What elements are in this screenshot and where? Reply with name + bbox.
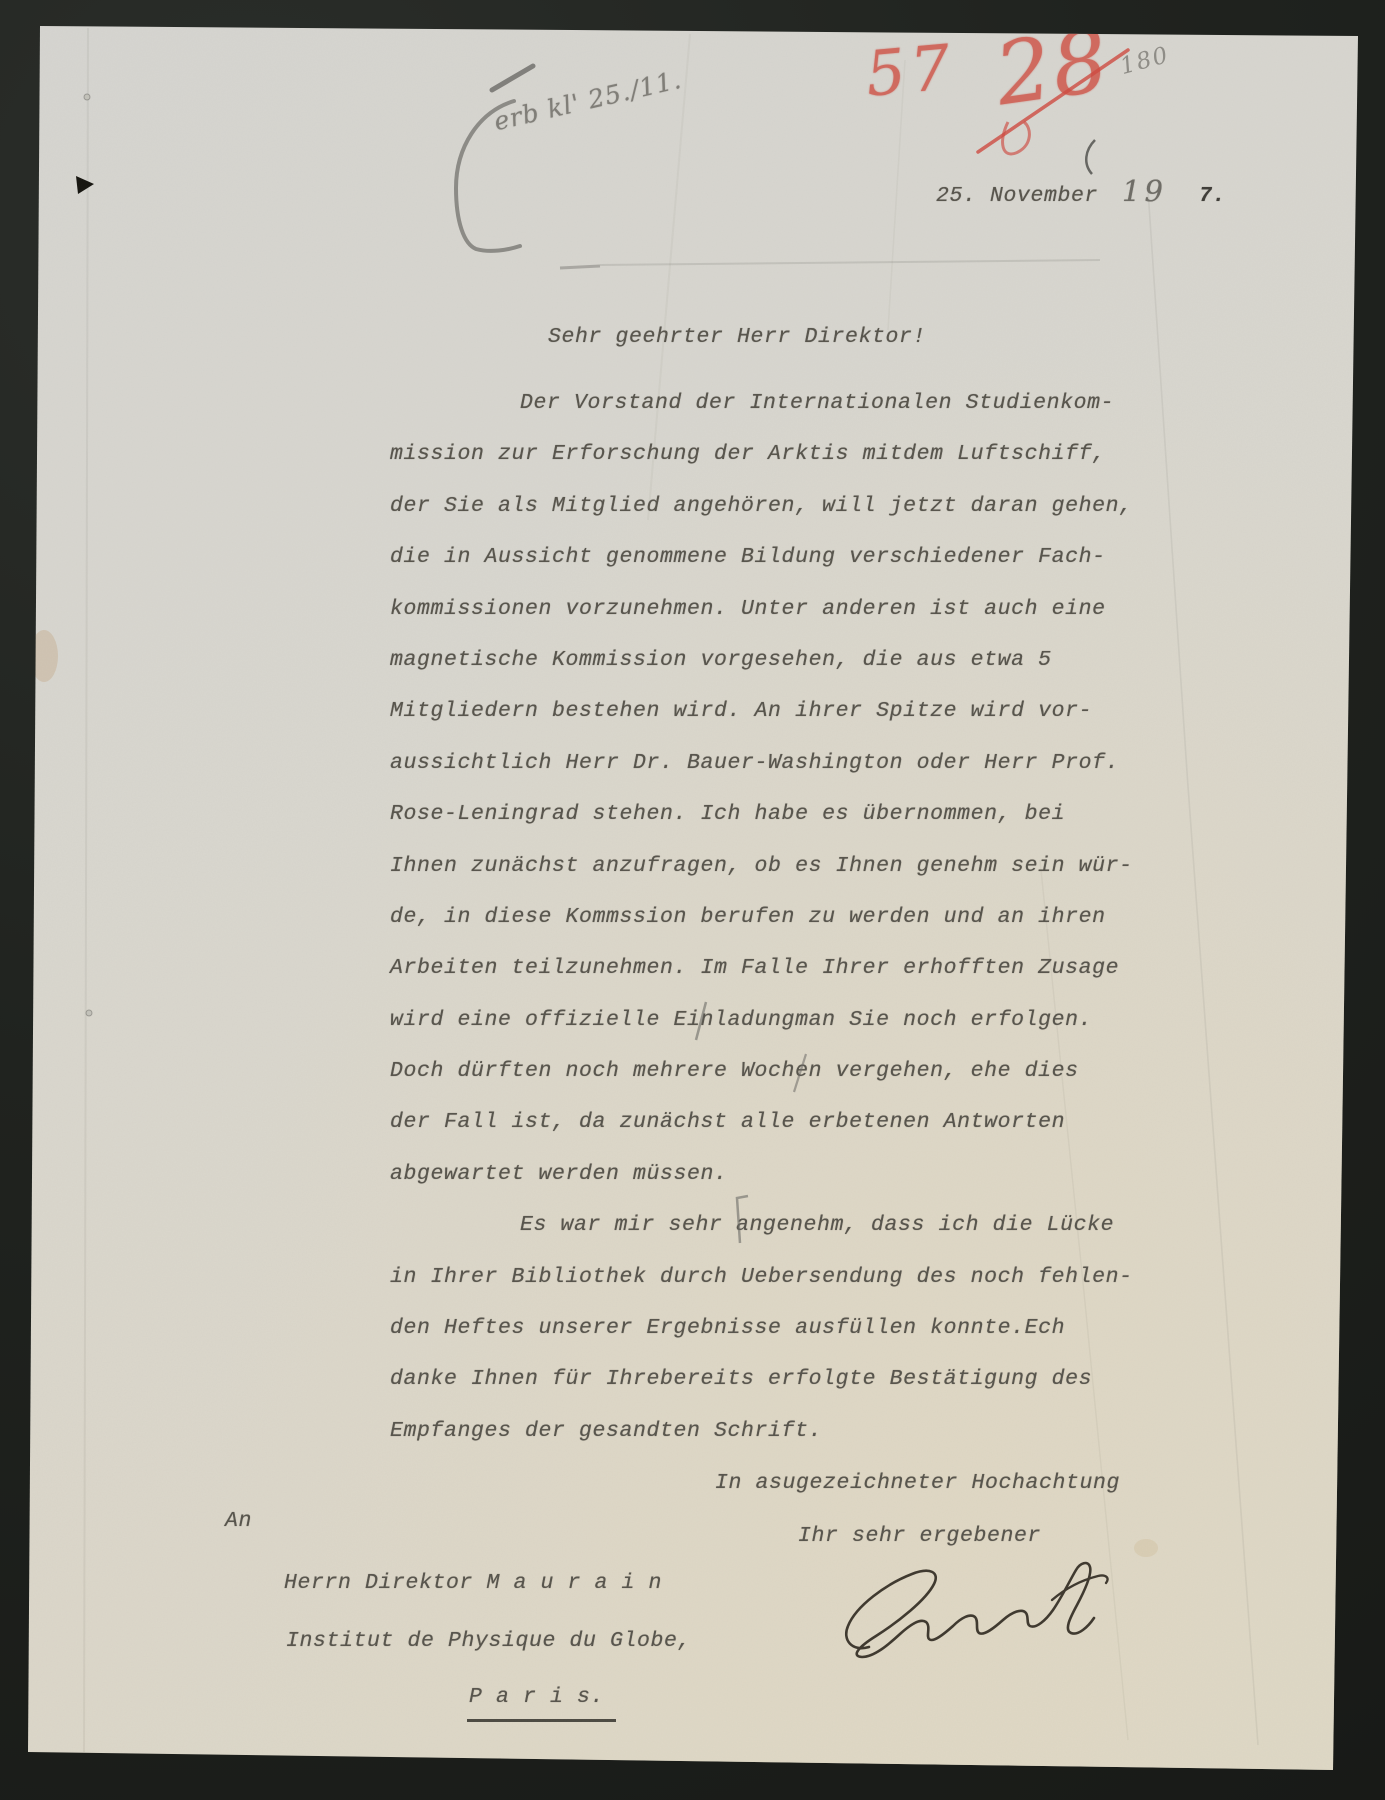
typed-line: Ihnen zunächst anzufragen, ob es Ihnen g… bbox=[390, 841, 1133, 892]
recipient-name: Herrn Direktor M a u r a i n bbox=[284, 1568, 662, 1598]
closing-sender: Ihr sehr ergebener bbox=[798, 1521, 1041, 1551]
typed-line: magnetische Kommission vorgesehen, die a… bbox=[390, 635, 1133, 686]
typed-line: wird eine offizielle Einladungman Sie no… bbox=[390, 995, 1133, 1046]
typed-line: abgewartet werden müssen. bbox=[390, 1149, 1133, 1200]
recipient-an: An bbox=[225, 1506, 252, 1536]
pencil-registry-note: erb kl' 25./11. bbox=[491, 65, 684, 136]
red-crayon-number: 57 bbox=[863, 30, 958, 110]
fold-line-left bbox=[84, 28, 88, 1752]
typed-line: de, in diese Kommssion berufen zu werden… bbox=[390, 892, 1133, 943]
date-typed: 25. November bbox=[936, 184, 1098, 208]
edge-mark-triangle bbox=[76, 176, 94, 194]
typed-line: mission zur Erforschung der Arktis mitde… bbox=[390, 429, 1133, 480]
typed-line: in Ihrer Bibliothek durch Uebersendung d… bbox=[390, 1252, 1133, 1303]
typed-line: der Fall ist, da zunächst alle erbetenen… bbox=[390, 1097, 1133, 1148]
typed-line: Es war mir sehr angenehm, dass ich die L… bbox=[390, 1200, 1133, 1251]
typed-line: Der Vorstand der Internationalen Studien… bbox=[390, 378, 1133, 429]
typed-line: Mitgliedern bestehen wird. An ihrer Spit… bbox=[390, 686, 1133, 737]
pencil-page-number: 180 bbox=[1117, 42, 1172, 80]
typed-line: Empfanges der gesandten Schrift. bbox=[390, 1406, 1133, 1457]
date-year-handwritten: 19 bbox=[1122, 174, 1167, 208]
red-crayon-number-crossed: 28 bbox=[990, 11, 1116, 126]
typed-line: den Heftes unserer Ergebnisse ausfüllen … bbox=[390, 1303, 1133, 1354]
pencil-line-faint bbox=[600, 260, 1100, 265]
typed-line: die in Aussicht genommene Bildung versch… bbox=[390, 532, 1133, 583]
date-line: 25. November197. bbox=[855, 146, 1226, 241]
typed-line: aussichtlich Herr Dr. Bauer-Washington o… bbox=[390, 738, 1133, 789]
crease-right-long bbox=[1148, 190, 1258, 1745]
date-year-typed: 7. bbox=[1199, 184, 1226, 208]
letter-body: Der Vorstand der Internationalen Studien… bbox=[390, 378, 1133, 1457]
stain-bottom-right bbox=[1134, 1539, 1158, 1557]
signature-ink bbox=[846, 1563, 1107, 1657]
scan-background: 57 28 180 erb kl' 25./11. 25. November19… bbox=[0, 0, 1385, 1800]
salutation: Sehr geehrter Herr Direktor! bbox=[548, 322, 926, 352]
letter-page: 57 28 180 erb kl' 25./11. 25. November19… bbox=[0, 0, 1385, 1800]
stain-left-edge bbox=[30, 630, 58, 682]
pin-hole-top bbox=[84, 94, 90, 100]
pencil-dash bbox=[492, 66, 533, 90]
recipient-city: P a r i s. bbox=[467, 1682, 616, 1722]
closing-formula: In asugezeichneter Hochachtung bbox=[715, 1468, 1120, 1498]
typed-line: kommissionen vorzunehmen. Unter anderen … bbox=[390, 584, 1133, 635]
pin-hole-middle bbox=[86, 1010, 92, 1016]
recipient-institute: Institut de Physique du Globe, bbox=[286, 1626, 691, 1656]
typed-line: Rose-Leningrad stehen. Ich habe es übern… bbox=[390, 789, 1133, 840]
typed-line: Arbeiten teilzunehmen. Im Falle Ihrer er… bbox=[390, 943, 1133, 994]
typed-line: Doch dürften noch mehrere Wochen vergehe… bbox=[390, 1046, 1133, 1097]
typed-line: danke Ihnen für Ihrebereits erfolgte Bes… bbox=[390, 1354, 1133, 1405]
pencil-line-dark-tip bbox=[560, 266, 600, 268]
typed-line: der Sie als Mitglied angehören, will jet… bbox=[390, 481, 1133, 532]
